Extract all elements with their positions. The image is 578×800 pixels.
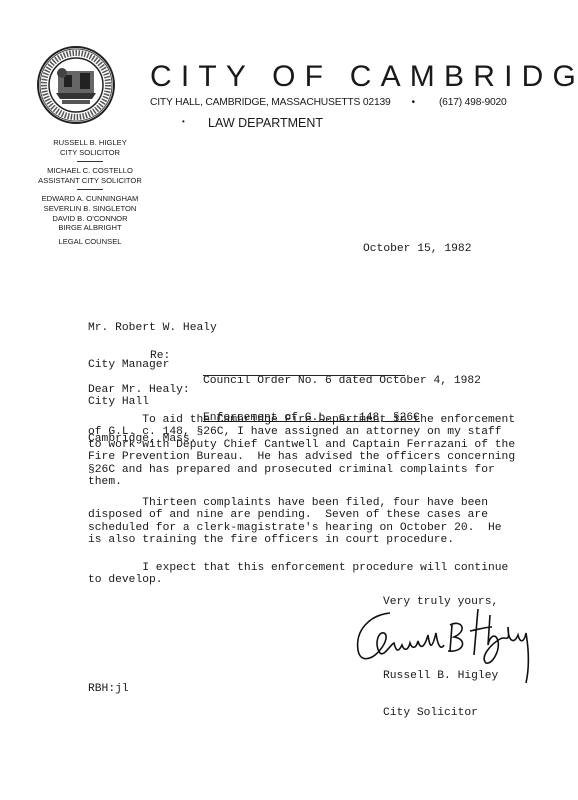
letterhead-title: CITY OF CAMBRIDGE <box>150 62 578 92</box>
letterhead-phone: (617) 498-9020 <box>439 97 507 108</box>
body-paragraph: I expect that this enforcement procedure… <box>88 562 508 587</box>
re-line: Council Order No. 6 dated October 4, 198… <box>203 375 481 387</box>
signer-name: Russell B. Higley <box>383 670 498 682</box>
letterhead-address: CITY HALL, CAMBRIDGE, MASSACHUSETTS 0213… <box>150 97 391 108</box>
counsel-title: LEGAL COUNSEL <box>10 237 170 247</box>
counsel-name: DAVID B. O'CONNOR <box>10 214 170 224</box>
separator-dot: • <box>412 97 415 108</box>
signer-title: City Solicitor <box>383 707 498 719</box>
divider <box>77 161 103 162</box>
counsel-name: EDWARD A. CUNNINGHAM <box>10 194 170 204</box>
re-label: Re: <box>150 350 170 362</box>
salutation: Dear Mr. Healy: <box>88 384 190 396</box>
counsel-name: BIRGE ALBRIGHT <box>10 223 170 233</box>
city-seal-icon <box>36 45 116 125</box>
subject-underline <box>203 375 405 376</box>
letterhead-department: LAW DEPARTMENT <box>208 116 323 130</box>
body-paragraph: Thirteen complaints have been filed, fou… <box>88 497 502 547</box>
signature-block: Russell B. Higley City Solicitor <box>383 645 498 732</box>
letterhead-address-line: CITY HALL, CAMBRIDGE, MASSACHUSETTS 0213… <box>150 97 507 108</box>
solicitor-title: CITY SOLICITOR <box>10 148 170 158</box>
divider <box>77 189 103 190</box>
solicitor-name: RUSSELL B. HIGLEY <box>10 138 170 148</box>
staff-listing: RUSSELL B. HIGLEY CITY SOLICITOR MICHAEL… <box>10 138 170 246</box>
assistant-name: MICHAEL C. COSTELLO <box>10 166 170 176</box>
assistant-title: ASSISTANT CITY SOLICITOR <box>10 176 170 186</box>
body-paragraph: To aid the Cambridge Fire Department in … <box>88 414 515 488</box>
decorative-dot: • <box>182 117 185 126</box>
reference-initials: RBH:jl <box>88 683 129 695</box>
recipient-line: City Hall <box>88 396 217 408</box>
letter-date: October 15, 1982 <box>363 243 471 255</box>
recipient-line: Mr. Robert W. Healy <box>88 322 217 334</box>
counsel-name: SEVERLIN B. SINGLETON <box>10 204 170 214</box>
